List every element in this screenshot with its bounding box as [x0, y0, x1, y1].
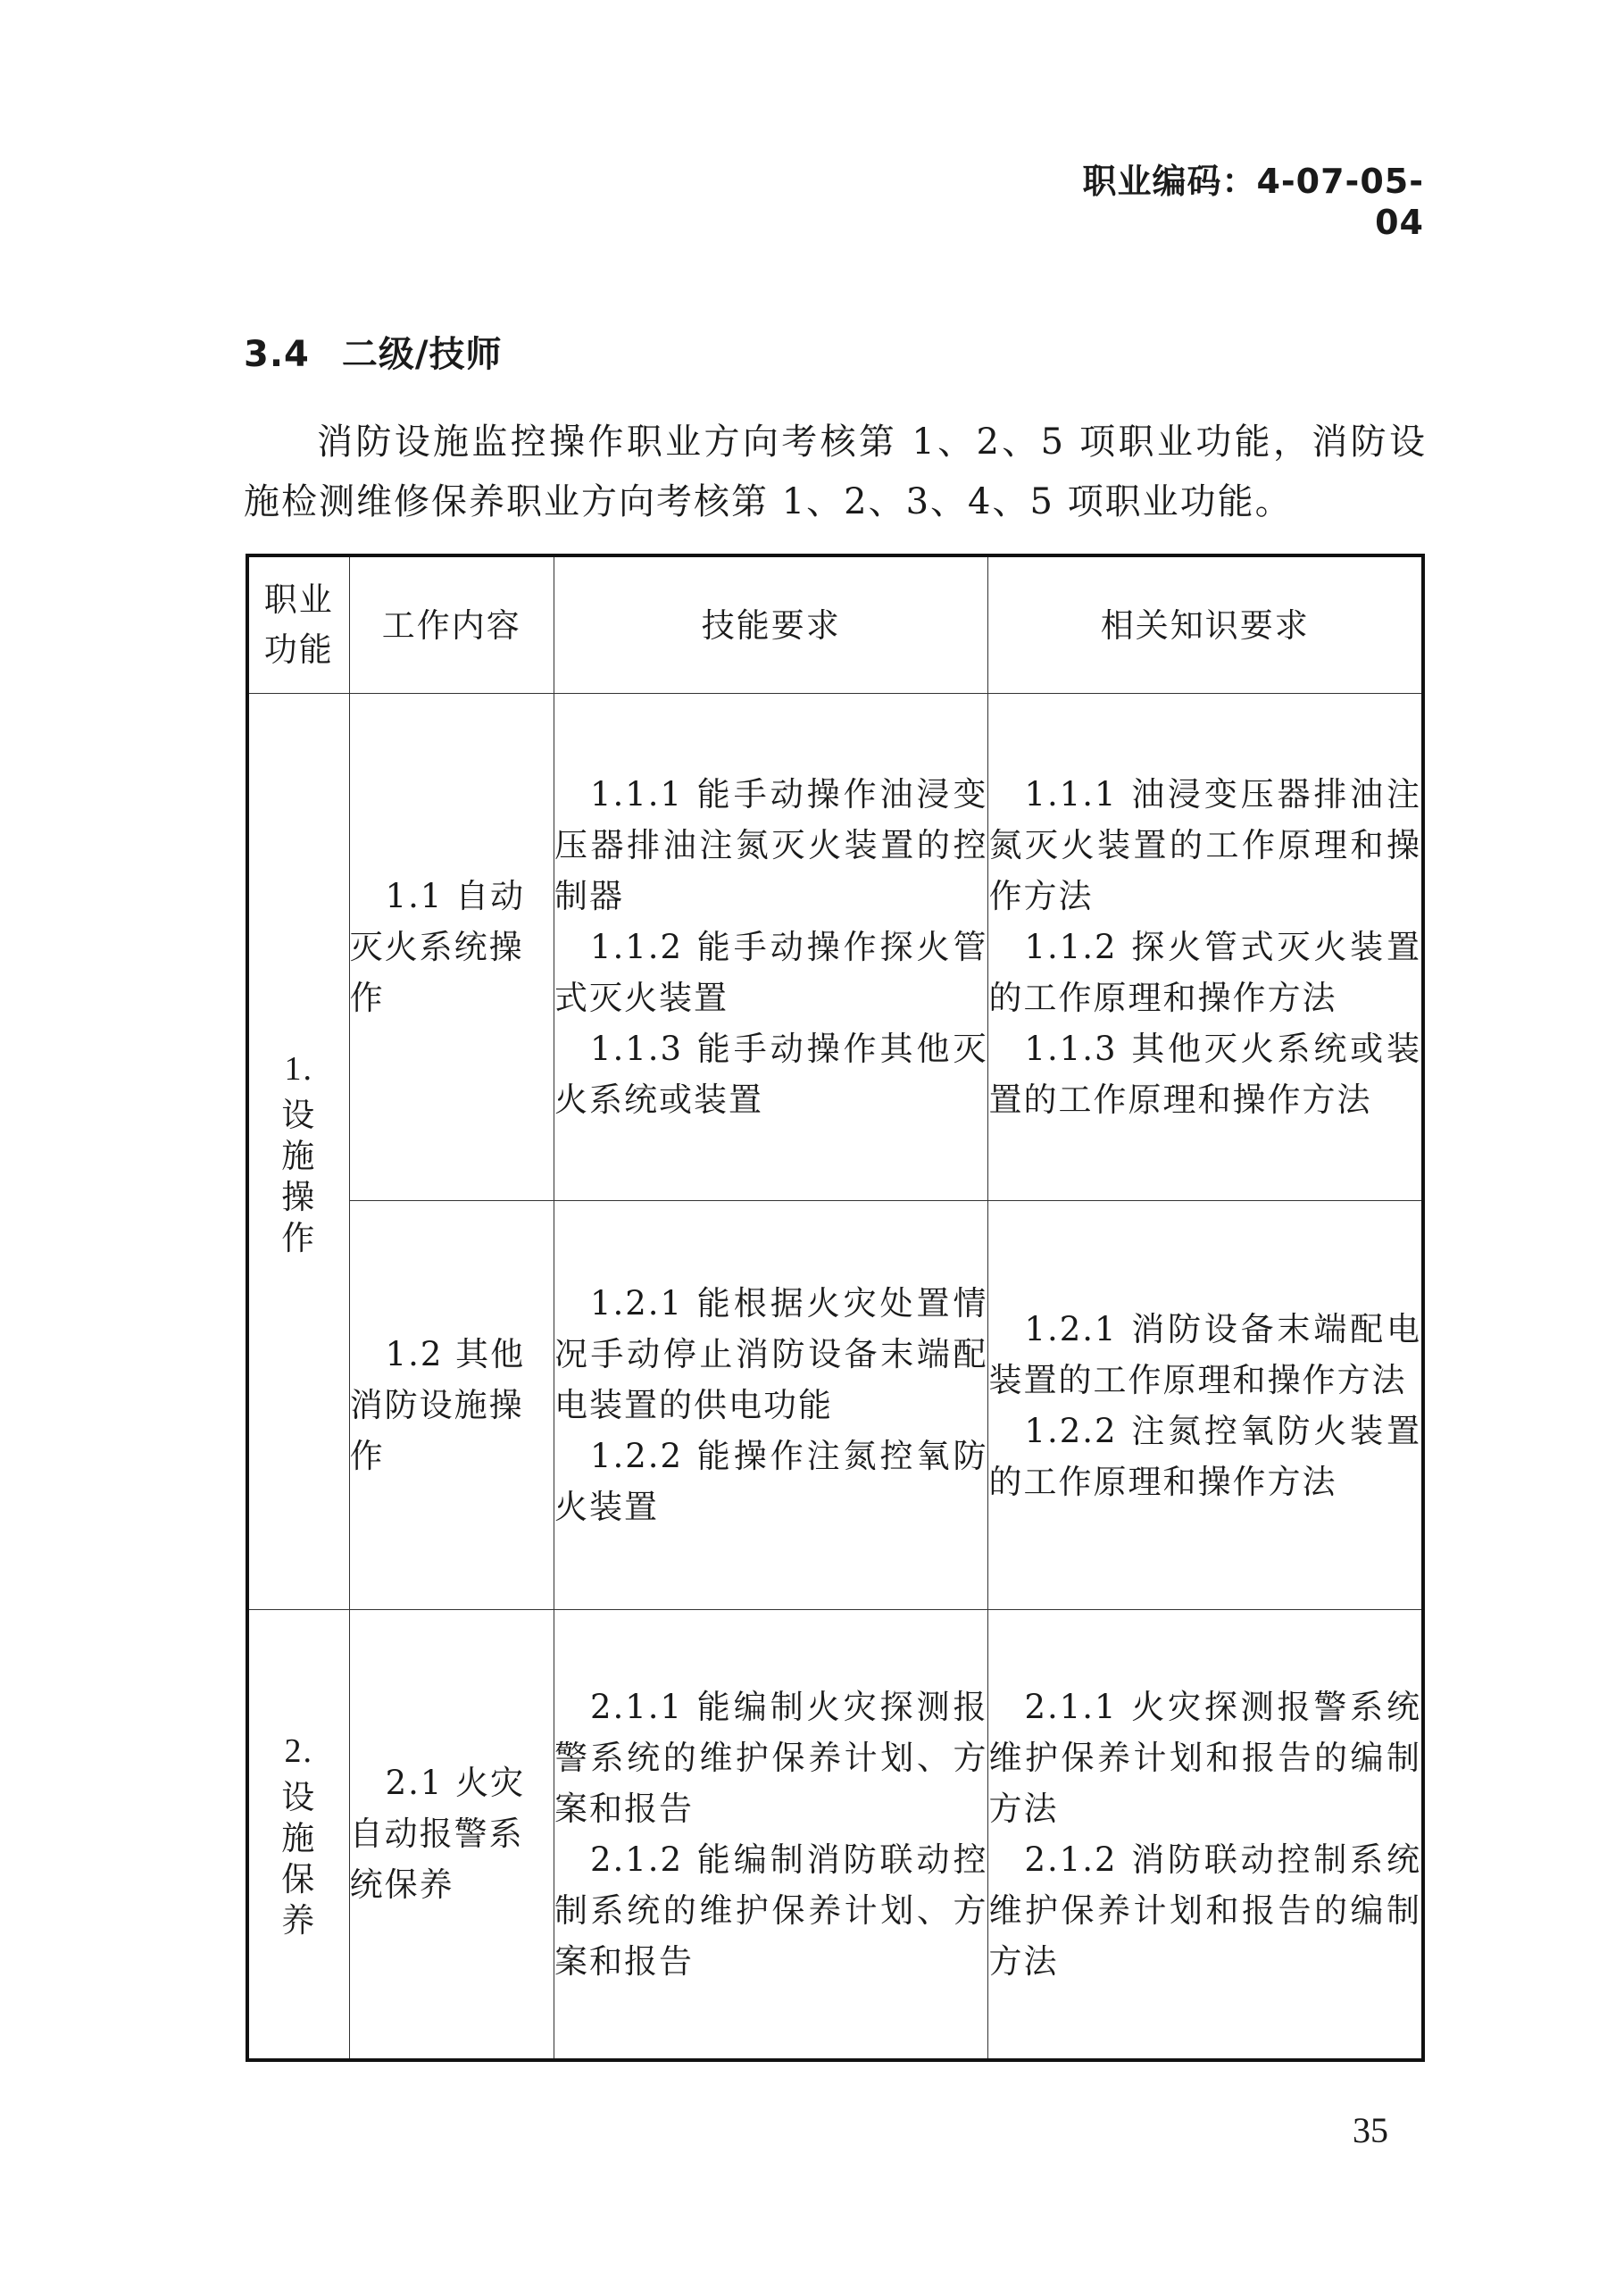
- work-content-cell: 2.1 火灾自动报警系统保养: [349, 1610, 554, 2060]
- table-header-row: 职业功能 工作内容 技能要求 相关知识要求: [247, 555, 1423, 694]
- function-number: 2.: [249, 1726, 349, 1777]
- section-heading: 3.4二级/技师: [244, 326, 502, 377]
- skill-item: 2.1.1 能编制火灾探测报警系统的维护保养计划、方案和报告: [554, 1681, 988, 1834]
- section-title: 二级/技师: [342, 334, 503, 375]
- header-work-content: 工作内容: [349, 555, 554, 694]
- work-content-cell: 1.1 自动灭火系统操作: [349, 694, 554, 1201]
- knowledge-item: 1.2.2 注氮控氧防火装置的工作原理和操作方法: [988, 1406, 1421, 1507]
- knowledge-item: 1.1.2 探火管式灭火装置的工作原理和操作方法: [988, 922, 1421, 1023]
- page-number: 35: [1353, 2109, 1388, 2151]
- skill-item: 1.2.1 能根据火灾处置情况手动停止消防设备末端配电装置的供电功能: [554, 1278, 988, 1431]
- section-number: 3.4: [244, 334, 310, 375]
- intro-paragraph: 消防设施监控操作职业方向考核第 1、2、5 项职业功能，消防设施检测维修保养职业…: [244, 413, 1427, 532]
- knowledge-cell: 1.2.1 消防设备末端配电装置的工作原理和操作方法 1.2.2 注氮控氧防火装…: [988, 1201, 1423, 1610]
- occupation-code: 职业编码：4-07-05-04: [1049, 154, 1424, 242]
- skill-item: 1.1.1 能手动操作油浸变压器排油注氮灭火装置的控制器: [554, 769, 988, 922]
- function-number: 1.: [249, 1044, 349, 1095]
- knowledge-item: 2.1.2 消防联动控制系统维护保养计划和报告的编制方法: [988, 1834, 1421, 1987]
- knowledge-cell: 1.1.1 油浸变压器排油注氮灭火装置的工作原理和操作方法 1.1.2 探火管式…: [988, 694, 1423, 1201]
- knowledge-cell: 2.1.1 火灾探测报警系统维护保养计划和报告的编制方法 2.1.2 消防联动控…: [988, 1610, 1423, 2060]
- header-knowledge-requirements: 相关知识要求: [988, 555, 1423, 694]
- skill-item: 2.1.2 能编制消防联动控制系统的维护保养计划、方案和报告: [554, 1834, 988, 1987]
- skill-cell: 1.2.1 能根据火灾处置情况手动停止消防设备末端配电装置的供电功能 1.2.2…: [554, 1201, 988, 1610]
- header-skill-requirements: 技能要求: [554, 555, 988, 694]
- work-content-cell: 1.2 其他消防设施操作: [349, 1201, 554, 1610]
- function-name: 设施保养: [281, 1777, 317, 1941]
- function-cell: 1. 设施操作: [247, 694, 349, 1610]
- skill-item: 1.2.2 能操作注氮控氧防火装置: [554, 1431, 988, 1532]
- skill-item: 1.1.2 能手动操作探火管式灭火装置: [554, 922, 988, 1023]
- skill-cell: 1.1.1 能手动操作油浸变压器排油注氮灭火装置的控制器 1.1.2 能手动操作…: [554, 694, 988, 1201]
- requirements-table: 职业功能 工作内容 技能要求 相关知识要求 1. 设施操作 1.1 自动灭火系统…: [246, 554, 1425, 2062]
- skill-item: 1.1.3 能手动操作其他灭火系统或装置: [554, 1023, 988, 1125]
- knowledge-item: 1.2.1 消防设备末端配电装置的工作原理和操作方法: [988, 1304, 1421, 1406]
- knowledge-item: 2.1.1 火灾探测报警系统维护保养计划和报告的编制方法: [988, 1681, 1421, 1834]
- table-row: 2. 设施保养 2.1 火灾自动报警系统保养 2.1.1 能编制火灾探测报警系统…: [247, 1610, 1423, 2060]
- skill-cell: 2.1.1 能编制火灾探测报警系统的维护保养计划、方案和报告 2.1.2 能编制…: [554, 1610, 988, 2060]
- table-row: 1. 设施操作 1.1 自动灭火系统操作 1.1.1 能手动操作油浸变压器排油注…: [247, 694, 1423, 1201]
- function-cell: 2. 设施保养: [247, 1610, 349, 2060]
- function-name: 设施操作: [281, 1095, 317, 1259]
- knowledge-item: 1.1.1 油浸变压器排油注氮灭火装置的工作原理和操作方法: [988, 769, 1421, 922]
- header-function: 职业功能: [247, 555, 349, 694]
- table-row: 1.2 其他消防设施操作 1.2.1 能根据火灾处置情况手动停止消防设备末端配电…: [247, 1201, 1423, 1610]
- knowledge-item: 1.1.3 其他灭火系统或装置的工作原理和操作方法: [988, 1023, 1421, 1125]
